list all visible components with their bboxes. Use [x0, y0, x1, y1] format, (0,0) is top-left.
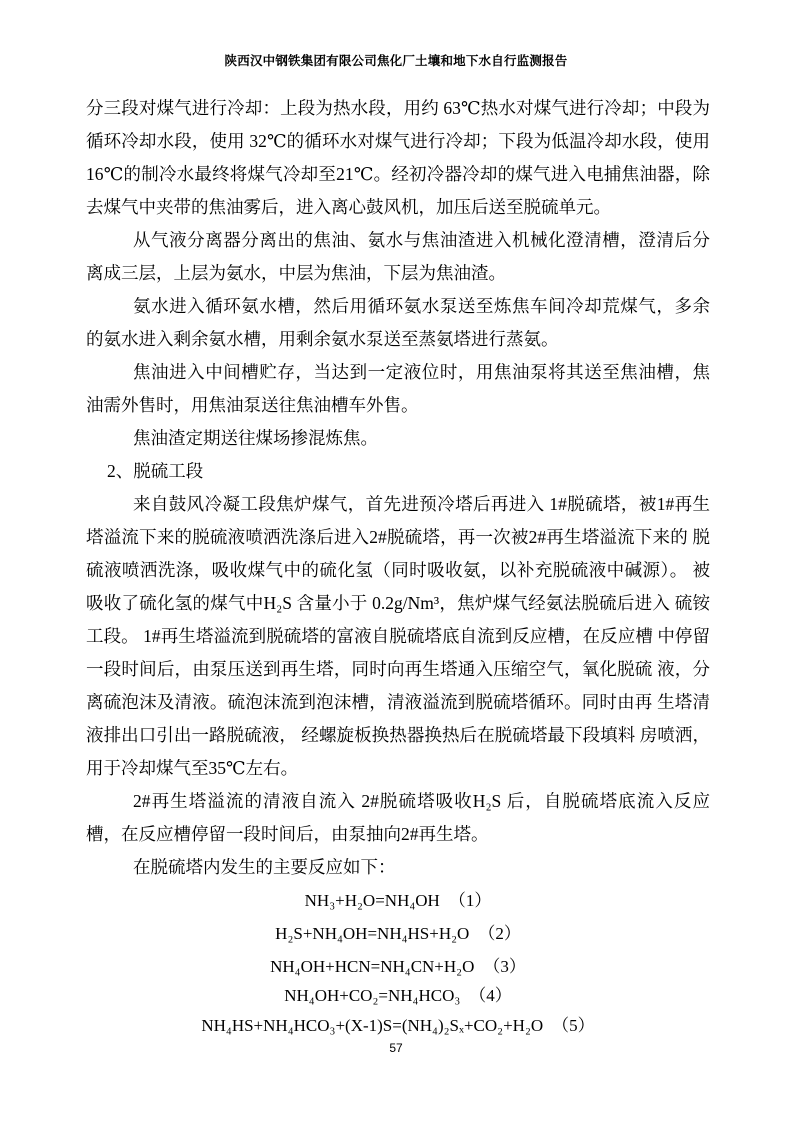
reaction-formula: NH₃+H₂O=NH₄OH [305, 891, 440, 910]
reaction-number: （2） [478, 924, 521, 943]
reaction-formula: H₂S+NH₄OH=NH₄HS+H₂O [275, 924, 469, 943]
reaction-equation-4: NH₄OH+CO₂=NH₄HCO₃（4） [86, 983, 710, 1009]
reaction-number: （1） [449, 891, 492, 910]
paragraph-separator-tank: 从气液分离器分离出的焦油、氨水与焦油渣进入机械化澄清槽，澄清后分离成三层，上层为… [86, 224, 710, 290]
reaction-equation-3: NH₄OH+HCN=NH₄CN+H₂O（3） [86, 950, 710, 983]
reaction-equation-5: NH₄HS+NH₄HCO₃+(X-1)S=(NH₄)₂Sₓ+CO₂+H₂O（5） [86, 1009, 710, 1042]
paragraph-regeneration-tower: 2#再生塔溢流的清液自流入 2#脱硫塔吸收H₂S 后，自脱硫塔底流入反应槽，在反… [86, 785, 710, 851]
page-number: 57 [0, 1040, 792, 1056]
section-heading-desulfurization: 2、脱硫工段 [86, 455, 710, 488]
reaction-number: （4） [469, 986, 512, 1005]
paragraph-tar-storage: 焦油进入中间槽贮存，当达到一定液位时，用焦油泵将其送至焦油槽，焦油需外售时，用焦… [86, 356, 710, 422]
reaction-equation-2: H₂S+NH₄OH=NH₄HS+H₂O（2） [86, 917, 710, 950]
paragraph-reactions-lead: 在脱硫塔内发生的主要反应如下： [86, 851, 710, 884]
report-header-title: 陕西汉中钢铁集团有限公司焦化厂土壤和地下水自行监测报告 [0, 53, 792, 69]
paragraph-gas-cooling: 分三段对煤气进行冷却：上段为热水段，用约 63℃热水对煤气进行冷却；中段为循环冷… [86, 92, 710, 224]
paragraph-tar-residue: 焦油渣定期送往煤场掺混炼焦。 [86, 422, 710, 455]
reaction-number: （5） [552, 1016, 595, 1035]
reaction-equations: NH₃+H₂O=NH₄OH（1） H₂S+NH₄OH=NH₄HS+H₂O（2） … [86, 884, 710, 1042]
reaction-formula: NH₄HS+NH₄HCO₃+(X-1)S=(NH₄)₂Sₓ+CO₂+H₂O [201, 1016, 543, 1035]
reaction-equation-1: NH₃+H₂O=NH₄OH（1） [86, 884, 710, 917]
paragraph-desulfurization-process: 来自鼓风冷凝工段焦炉煤气，首先进预冷塔后再进入 1#脱硫塔，被1#再生 塔溢流下… [86, 488, 710, 785]
document-body: 分三段对煤气进行冷却：上段为热水段，用约 63℃热水对煤气进行冷却；中段为循环冷… [86, 92, 710, 1042]
document-page: 陕西汉中钢铁集团有限公司焦化厂土壤和地下水自行监测报告 分三段对煤气进行冷却：上… [0, 0, 792, 1121]
reaction-number: （3） [483, 957, 526, 976]
reaction-formula: NH₄OH+CO₂=NH₄HCO₃ [284, 986, 460, 1005]
reaction-formula: NH₄OH+HCN=NH₄CN+H₂O [270, 957, 474, 976]
paragraph-ammonia-water: 氨水进入循环氨水槽，然后用循环氨水泵送至炼焦车间冷却荒煤气，多余的氨水进入剩余氨… [86, 290, 710, 356]
